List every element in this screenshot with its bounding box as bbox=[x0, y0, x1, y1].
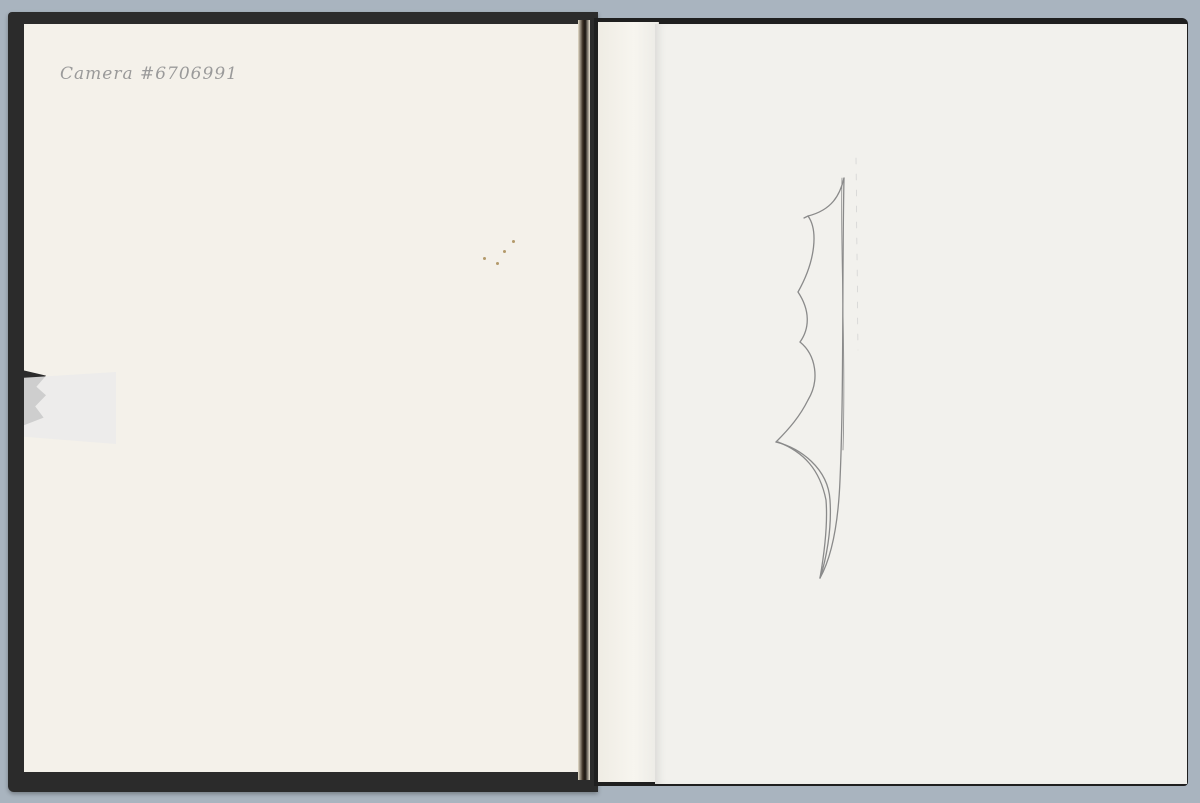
stain-spot bbox=[503, 250, 506, 253]
stain-spot bbox=[496, 262, 499, 265]
stain-spot bbox=[483, 257, 486, 260]
tape-residue bbox=[24, 372, 116, 444]
pencil-sketch bbox=[760, 150, 880, 590]
sketchbook-photo: Camera #6706991 bbox=[0, 0, 1200, 803]
right-page bbox=[655, 24, 1187, 784]
camera-number-annotation: Camera #6706991 bbox=[60, 64, 238, 84]
torn-page-stubs bbox=[598, 22, 659, 782]
stain-spot bbox=[512, 240, 515, 243]
torn-spine-binding bbox=[578, 20, 590, 780]
